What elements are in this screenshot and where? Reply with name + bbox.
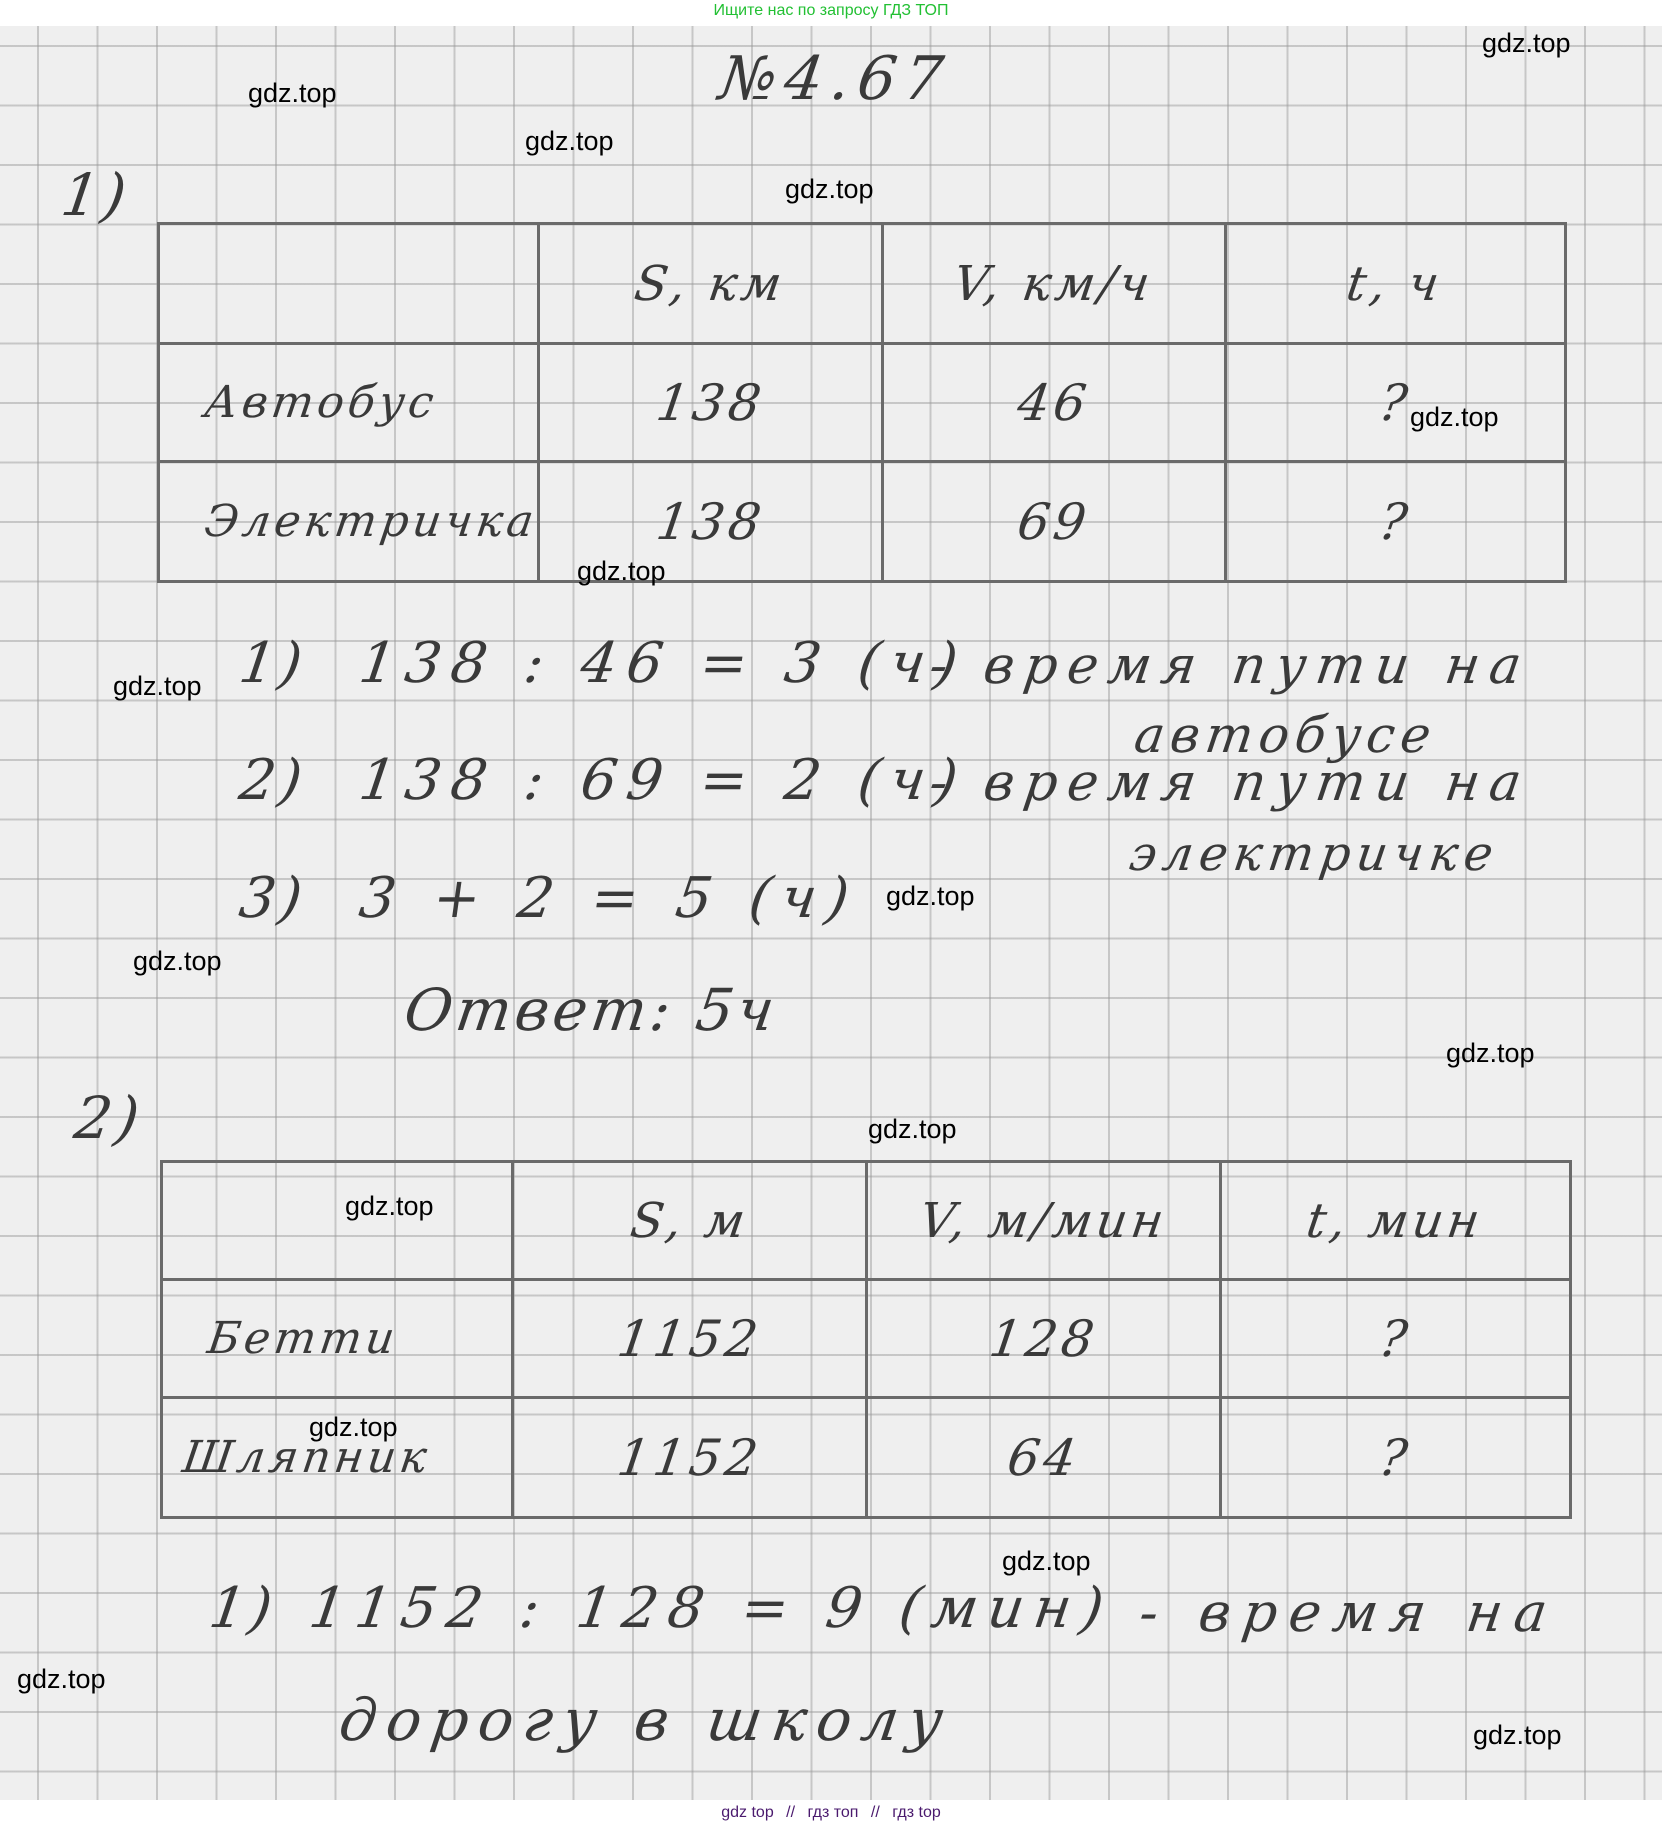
cell-speed: 69 [882,462,1225,582]
footer-separator: // [871,1804,880,1821]
cell-speed: 64 [867,1398,1220,1518]
watermark: gdz.top [785,174,874,205]
footer-link[interactable]: gdz top [721,1804,773,1821]
watermark: gdz.top [113,671,202,702]
table-row: Бетти 1152 128 ? [162,1280,1571,1398]
cell-time: ? [1220,1398,1570,1518]
watermark: gdz.top [577,556,666,587]
step-note: - время пути на [926,636,1535,696]
table-header-cell: t, мин [1220,1162,1570,1280]
watermark: gdz.top [1446,1038,1535,1069]
cell-speed: 46 [882,344,1225,462]
step-number: 1) [205,1576,280,1641]
watermark: gdz.top [309,1412,398,1443]
table-row: Электричка 138 69 ? [159,462,1566,582]
table-header-cell [162,1162,513,1280]
cell-time: ? [1225,462,1565,582]
step-expression: 3 + 2 = 5 (ч) [355,866,862,931]
step-number: 2) [235,748,310,813]
step-expression: 1152 : 128 = 9 (мин) [305,1576,1117,1641]
watermark: gdz.top [1473,1720,1562,1751]
step-note-continued: электричке [1126,826,1502,882]
cell-time: ? [1225,344,1565,462]
step-number: 1) [235,631,310,696]
watermark: gdz.top [525,126,614,157]
table-header-cell: t, ч [1225,224,1565,344]
cell-distance: 138 [539,344,882,462]
watermark: gdz.top [345,1191,434,1222]
step-number: 3) [235,866,310,931]
bottom-banner: gdz top // гдз топ // гдз top [0,1800,1662,1827]
table-header-row: S, км V, км/ч t, ч [159,224,1566,344]
footer-separator: // [786,1804,795,1821]
step-expression: 138 : 46 = 3 (ч) [355,631,971,696]
step-expression: 138 : 69 = 2 (ч) [355,748,971,813]
part1-label: 1) [57,161,134,229]
table-row: Автобус 138 46 ? [159,344,1566,462]
watermark: gdz.top [17,1664,106,1695]
search-banner-link[interactable]: Ищите нас по запросу ГДЗ ТОП [714,2,949,19]
problem-number: №4.67 [715,44,955,114]
watermark: gdz.top [1482,28,1571,59]
step-note: - время пути на [926,753,1535,813]
table-header-cell: S, м [513,1162,867,1280]
row-name: Автобус [159,344,539,462]
watermark: gdz.top [133,946,222,977]
step-note-continued: дорогу в школу [335,1686,957,1754]
row-name: Электричка [159,462,539,582]
part1-table: S, км V, км/ч t, ч Автобус 138 46 ? Элек… [157,222,1567,583]
row-name: Бетти [162,1280,513,1398]
answer: Ответ: 5ч [400,976,782,1044]
notebook-page: №4.67 1) S, км V, км/ч t, ч Автобус 138 … [0,26,1662,1800]
watermark: gdz.top [868,1114,957,1145]
watermark: gdz.top [248,78,337,109]
table-header-cell: V, м/мин [867,1162,1220,1280]
part2-label: 2) [70,1084,147,1152]
cell-distance: 1152 [513,1398,867,1518]
table-header-cell [159,224,539,344]
cell-time: ? [1220,1280,1570,1398]
step-note: - время на [1136,1581,1564,1644]
watermark: gdz.top [886,881,975,912]
watermark: gdz.top [1410,402,1499,433]
watermark: gdz.top [1002,1546,1091,1577]
table-header-cell: S, км [539,224,882,344]
cell-speed: 128 [867,1280,1220,1398]
table-header-cell: V, км/ч [882,224,1225,344]
cell-distance: 1152 [513,1280,867,1398]
top-banner: Ищите нас по запросу ГДЗ ТОП [0,0,1662,26]
footer-link[interactable]: гдз топ [808,1804,859,1821]
footer-link[interactable]: гдз top [892,1804,940,1821]
